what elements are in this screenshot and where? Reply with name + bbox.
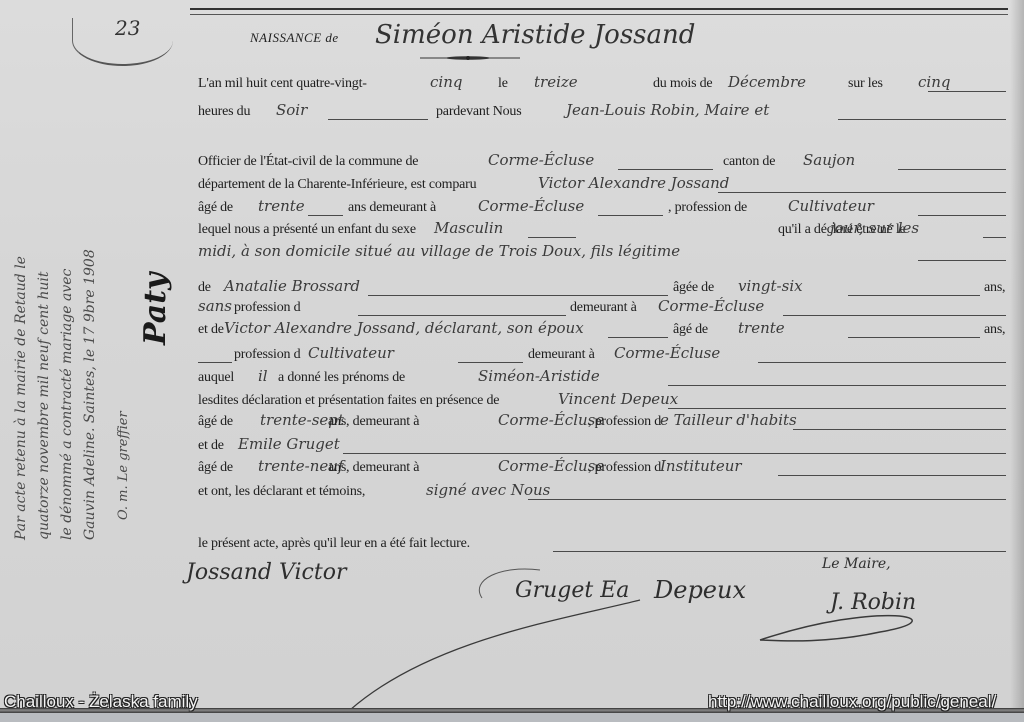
page-edge-shadow [1010,0,1024,713]
footer-family-label: Chailloux - Żelaska family [4,692,198,712]
pen-flourishes [0,0,1024,713]
footer-url: http://www.chailloux.org/public/geneal/ [708,692,996,712]
scanned-document-page: 23 NAISSANCE de Siméon Aristide Jossand … [0,0,1024,713]
